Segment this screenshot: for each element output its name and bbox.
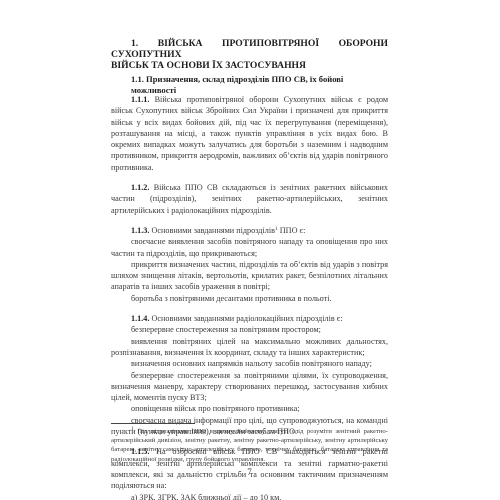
list-item: своєчасне виявлення засобів повітряного …	[111, 236, 388, 259]
paragraph-text: Війська ППО СВ складаються із зенітних р…	[111, 183, 388, 215]
page-number: 7	[111, 467, 388, 477]
paragraph-number: 1.1.2.	[131, 183, 149, 192]
paragraph-number: 1.1.3.	[131, 226, 149, 235]
footnote-separator	[111, 423, 195, 424]
footnote: 1 Під підрозділами ППО в цьому Бойовому …	[111, 427, 388, 464]
paragraph-text: Війська протиповітряної оборони Сухопутн…	[111, 95, 388, 172]
paragraph-text: Основними завданнями радіолокаційних під…	[149, 314, 342, 323]
list-item: безперервне спостереження за повітряним …	[111, 324, 388, 335]
list-item: безперервне спостереження за повітряними…	[111, 370, 388, 404]
list-item: боротьба з повітряними десантами противн…	[111, 293, 388, 304]
chapter-title: 1. ВІЙСЬКА ПРОТИПОВІТРЯНОЇ ОБОРОНИ СУХОП…	[111, 38, 388, 71]
paragraph-number: 1.1.1.	[131, 95, 149, 104]
paragraph-1-1-3: 1.1.3. Основними завданнями підрозділів1…	[111, 225, 388, 236]
paragraph-1-1-4: 1.1.4. Основними завданнями радіолокацій…	[111, 313, 388, 324]
paragraph-1-1-2: 1.1.2. Війська ППО СВ складаються із зен…	[111, 182, 388, 216]
list-item: визначення основних напрямків нальоту за…	[111, 358, 388, 369]
chapter-title-line-2: ВІЙСЬК ТА ОСНОВИ ЇХ ЗАСТОСУВАННЯ	[111, 60, 306, 71]
list-item: оповіщення військ про повітряного против…	[111, 403, 388, 414]
paragraph-number: 1.1.4.	[131, 314, 149, 323]
section-title: 1.1. Призначення, склад підрозділів ППО …	[111, 74, 388, 96]
paragraph-text: ППО є:	[278, 226, 306, 235]
list-item: а) ЗРК, ЗГРК, ЗАК ближньої дії – до 10 к…	[111, 492, 388, 500]
paragraph-1-1-1: 1.1.1. Війська протиповітряної оборони С…	[111, 94, 388, 173]
chapter-title-line-1: 1. ВІЙСЬКА ПРОТИПОВІТРЯНОЇ ОБОРОНИ СУХОП…	[111, 38, 388, 60]
footnote-text: Під підрозділами ППО в цьому Бойовому ст…	[111, 428, 388, 463]
list-item: виявлення повітряних цілей на максимальн…	[111, 336, 388, 359]
paragraph-text: Основними завданнями підрозділів	[149, 226, 275, 235]
list-item: прикриття визначених частин, підрозділів…	[111, 259, 388, 293]
